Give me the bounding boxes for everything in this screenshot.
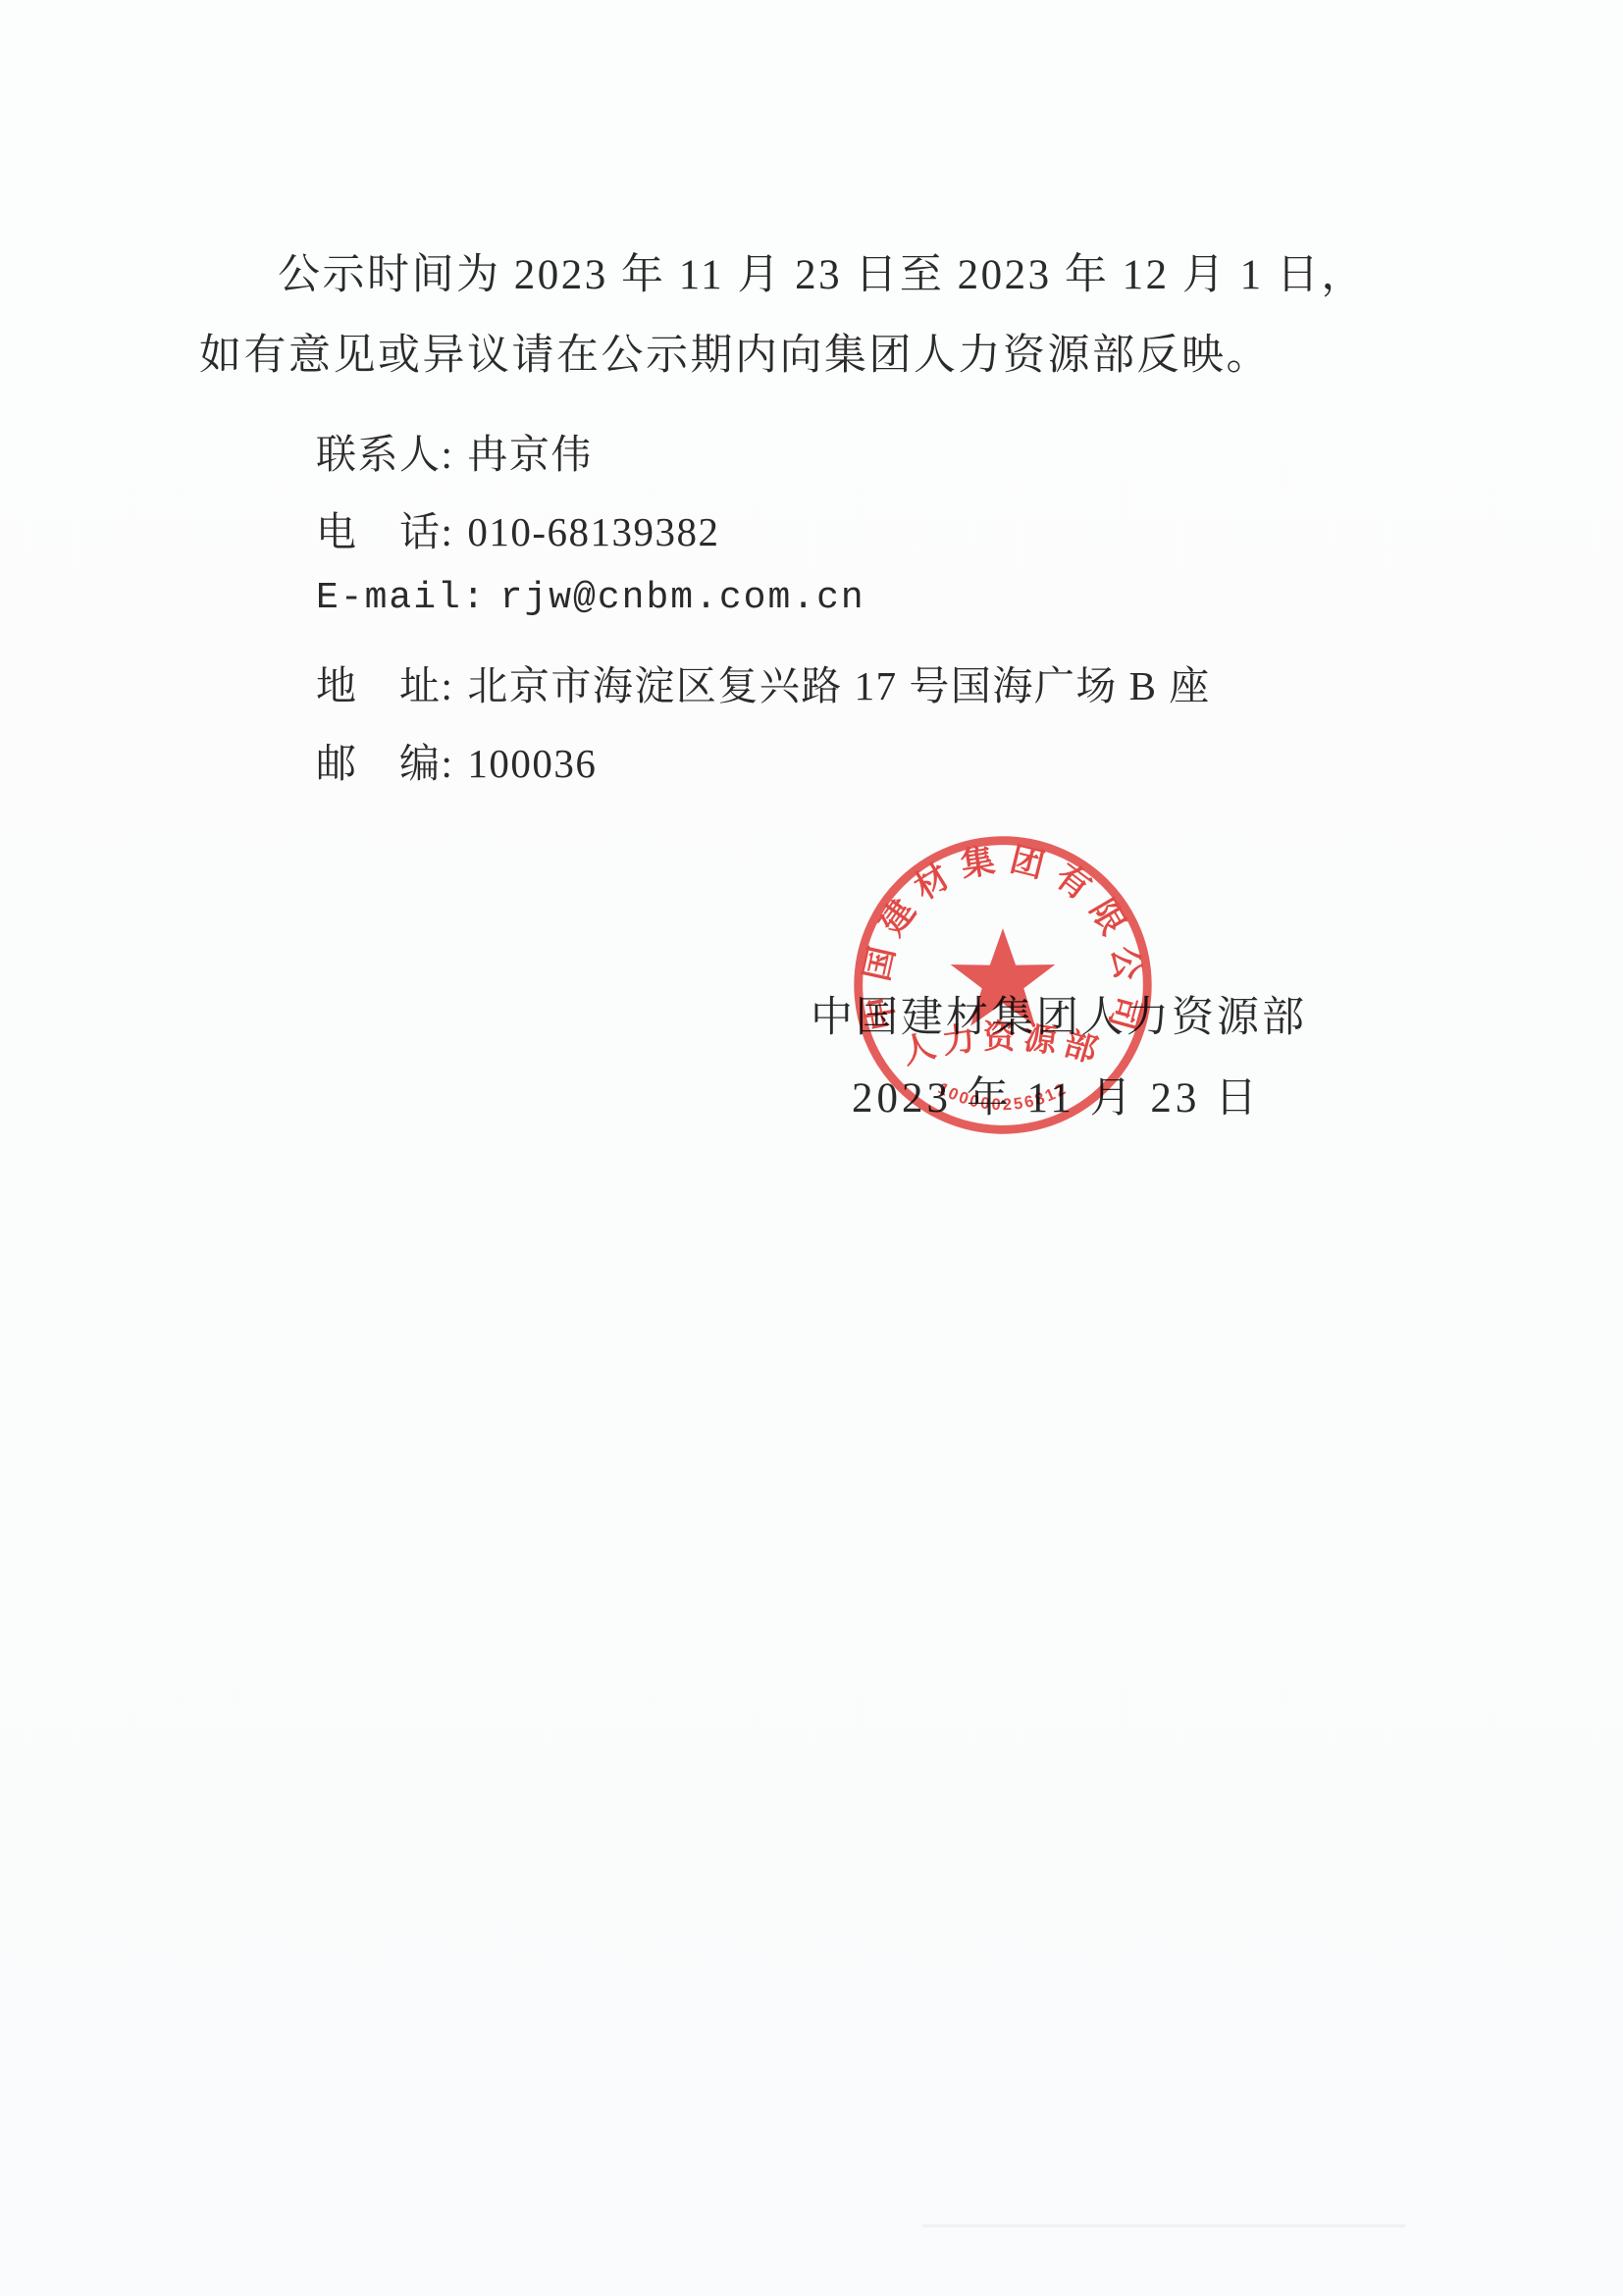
contact-name-value: 冉京伟 [467,432,593,477]
contact-row-phone: 电 话:010-68139382 [316,499,720,557]
signature-date: 2023 年 11 月 23 日 [852,1065,1261,1124]
scan-artifact-line [922,2224,1405,2227]
document-page: 公示时间为 2023 年 11 月 23 日至 2023 年 12 月 1 日，… [0,0,1623,2296]
paragraph-line-2: 如有意见或异议请在公示期内向集团人力资源部反映。 [199,322,1271,382]
contact-email-value: rjw@cnbm.com.cn [500,577,865,619]
contact-postcode-value: 100036 [467,741,597,786]
contact-name-label: 联系人: [316,432,453,477]
signature-organization: 中国建材集团人力资源部 [811,984,1307,1044]
contact-row-address: 地 址:北京市海淀区复兴路 17 号国海广场 B 座 [316,653,1211,711]
contact-row-name: 联系人:冉京伟 [316,422,593,480]
contact-phone-label: 电 话: [316,509,453,554]
contact-row-postcode: 邮 编:100036 [316,731,597,789]
contact-address-label: 地 址: [316,663,453,708]
contact-row-email: E-mail:rjw@cnbm.com.cn [316,577,865,619]
paragraph-line-1: 公示时间为 2023 年 11 月 23 日至 2023 年 12 月 1 日， [278,241,1366,301]
contact-address-value: 北京市海淀区复兴路 17 号国海广场 B 座 [467,663,1210,708]
contact-phone-value: 010-68139382 [467,509,719,554]
contact-email-label: E-mail: [316,577,487,619]
contact-postcode-label: 邮 编: [316,741,453,786]
